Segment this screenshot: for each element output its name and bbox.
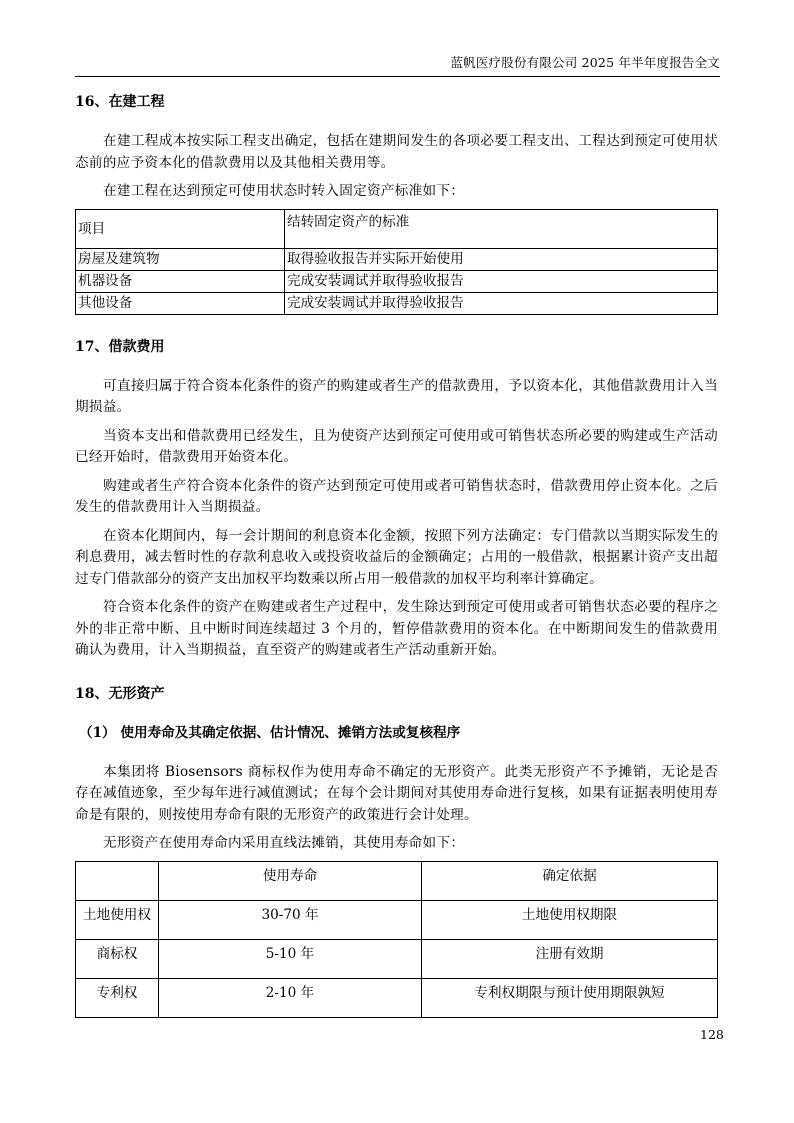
table-row: 土地使用权 30-70 年 土地使用权期限: [76, 900, 718, 939]
table-header-cell: 结转固定资产的标准: [285, 209, 718, 248]
paragraph: 符合资本化条件的资产在购建或者生产过程中，发生除达到预定可使用或者可销售状态必要…: [75, 597, 718, 662]
table-cell: 30-70 年: [159, 900, 422, 939]
table-row: 专利权 2-10 年 专利权期限与预计使用期限孰短: [76, 978, 718, 1017]
table-header-row: 项目 结转固定资产的标准: [76, 209, 718, 248]
table-header-row: 使用寿命 确定依据: [76, 861, 718, 900]
section-heading-construction-in-progress: 16、在建工程: [75, 92, 718, 113]
intangible-useful-life-table: 使用寿命 确定依据 土地使用权 30-70 年 土地使用权期限 商标权 5-10…: [75, 861, 718, 1018]
table-row: 机器设备 完成安装调试并取得验收报告: [76, 270, 718, 292]
document-body: 16、在建工程 在建工程成本按实际工程支出确定，包括在建期间发生的各项必要工程支…: [75, 92, 718, 1018]
table-cell: 机器设备: [76, 270, 285, 292]
table-header-cell: 使用寿命: [159, 861, 422, 900]
table-cell: 2-10 年: [159, 978, 422, 1017]
table-cell: 土地使用权: [76, 900, 159, 939]
page-header: 蓝帆医疗股份有限公司 2025 年半年度报告全文: [75, 50, 720, 77]
table-cell: 5-10 年: [159, 939, 422, 978]
section-heading-intangible-assets: 18、无形资产: [75, 684, 718, 705]
paragraph: 当资本支出和借款费用已经发生，且为使资产达到预定可使用或可销售状态所必要的购建或…: [75, 426, 718, 469]
table-cell: 专利权期限与预计使用期限孰短: [422, 978, 718, 1017]
subsection-heading: （1） 使用寿命及其确定依据、估计情况、摊销方法或复核程序: [75, 723, 718, 744]
table-cell: 完成安装调试并取得验收报告: [285, 292, 718, 314]
paragraph: 本集团将 Biosensors 商标权作为使用寿命不确定的无形资产。此类无形资产…: [75, 762, 718, 827]
paragraph: 无形资产在使用寿命内采用直线法摊销，其使用寿命如下：: [75, 833, 718, 855]
paragraph: 可直接归属于符合资本化条件的资产的购建或者生产的借款费用，予以资本化，其他借款费…: [75, 376, 718, 419]
paragraph: 在建工程在达到预定可使用状态时转入固定资产标准如下：: [75, 181, 718, 203]
report-title: 蓝帆医疗股份有限公司 2025 年半年度报告全文: [450, 53, 720, 71]
table-cell: 土地使用权期限: [422, 900, 718, 939]
table-cell: 专利权: [76, 978, 159, 1017]
paragraph: 在建工程成本按实际工程支出确定，包括在建期间发生的各项必要工程支出、工程达到预定…: [75, 131, 718, 174]
table-cell: 注册有效期: [422, 939, 718, 978]
table-cell: 其他设备: [76, 292, 285, 314]
table-header-cell: 项目: [76, 209, 285, 248]
table-cell: 取得验收报告并实际开始使用: [285, 248, 718, 270]
table-cell: 房屋及建筑物: [76, 248, 285, 270]
paragraph: 购建或者生产符合资本化条件的资产达到预定可使用或者可销售状态时，借款费用停止资本…: [75, 476, 718, 519]
section-heading-borrowing-costs: 17、借款费用: [75, 337, 718, 358]
table-row: 商标权 5-10 年 注册有效期: [76, 939, 718, 978]
paragraph: 在资本化期间内，每一会计期间的利息资本化金额，按照下列方法确定：专门借款以当期实…: [75, 526, 718, 591]
table-header-cell: [76, 861, 159, 900]
construction-transfer-table: 项目 结转固定资产的标准 房屋及建筑物 取得验收报告并实际开始使用 机器设备 完…: [75, 209, 718, 315]
table-cell: 完成安装调试并取得验收报告: [285, 270, 718, 292]
table-row: 其他设备 完成安装调试并取得验收报告: [76, 292, 718, 314]
table-header-cell: 确定依据: [422, 861, 718, 900]
table-row: 房屋及建筑物 取得验收报告并实际开始使用: [76, 248, 718, 270]
page-number: 128: [700, 1027, 724, 1042]
table-cell: 商标权: [76, 939, 159, 978]
